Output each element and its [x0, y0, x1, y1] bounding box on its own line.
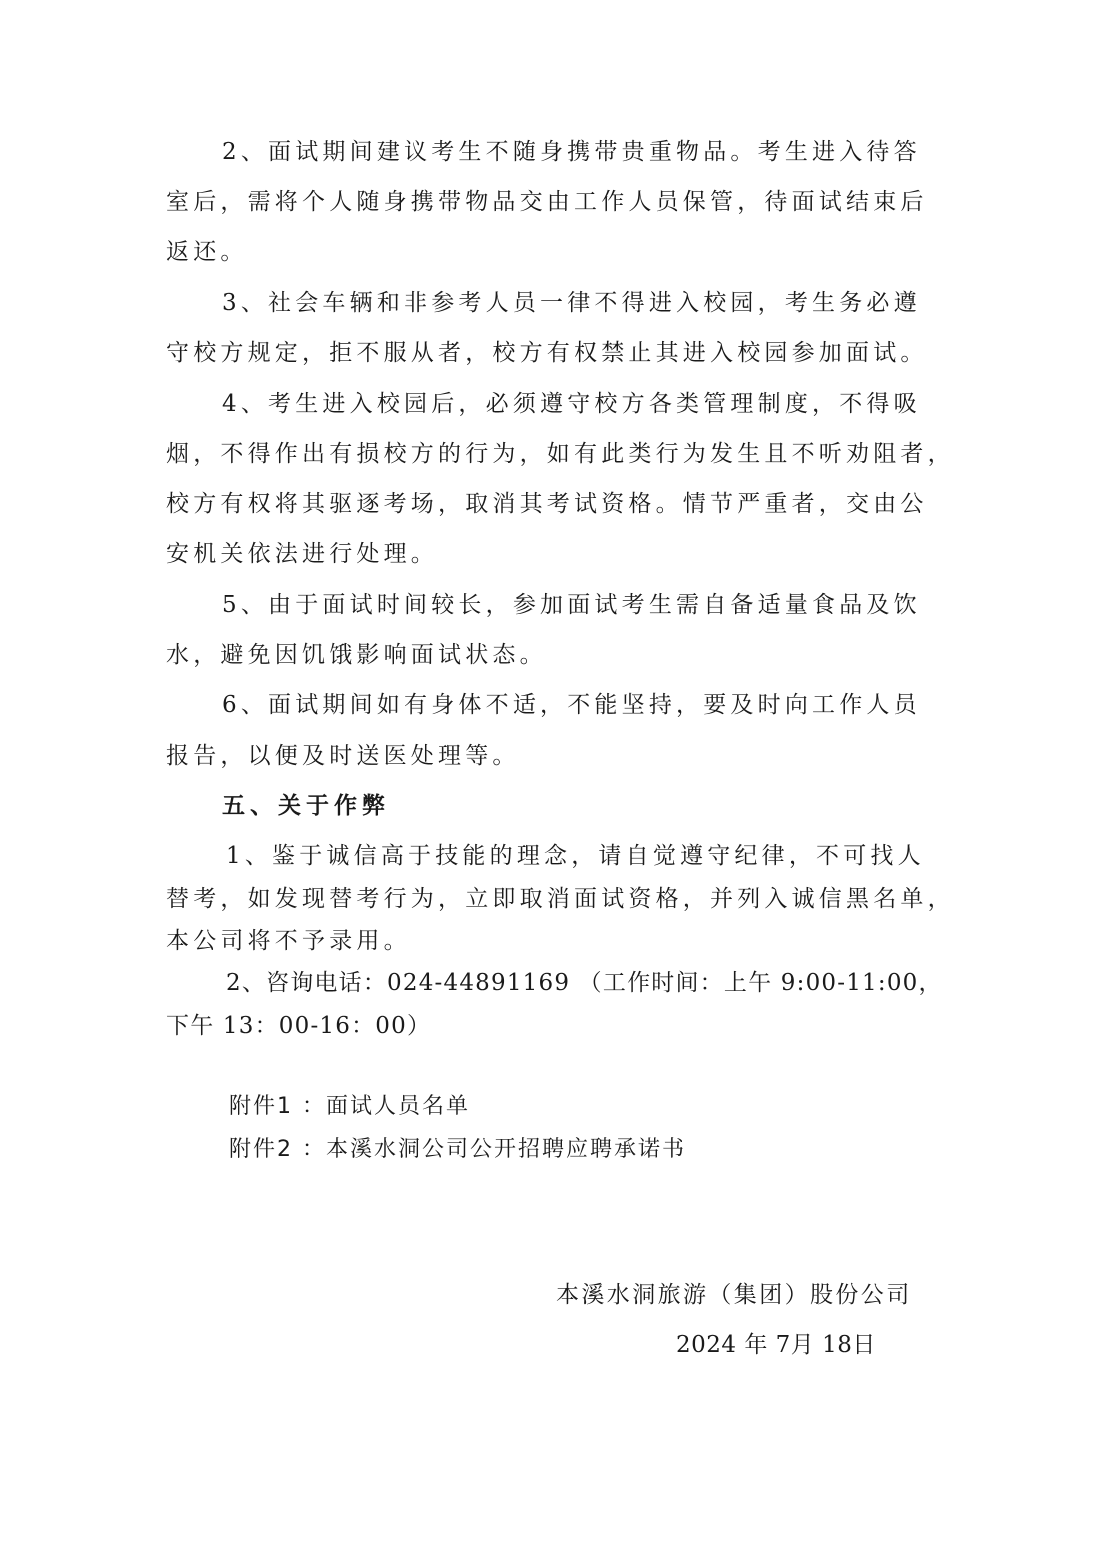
paragraph-line: 4、考生进入校园后，必须遵守校方各类管理制度，不得吸 [222, 389, 921, 419]
paragraph-line: 报告，以便及时送医处理等。 [166, 741, 520, 771]
paragraph-line: 室后，需将个人随身携带物品交由工作人员保管，待面试结束后 [166, 187, 928, 217]
paragraph-line: 返还。 [166, 237, 248, 267]
contact-phone-line: 2、咨询电话：024-44891169 （工作时间：上午 9:00-11:00， [226, 968, 943, 998]
paragraph-line: 守校方规定，拒不服从者，校方有权禁止其进入校园参加面试。 [166, 338, 928, 368]
paragraph-line: 烟，不得作出有损校方的行为，如有此类行为发生且不听劝阻者， [166, 439, 955, 469]
attachment-2: 附件2 ：本溪水洞公司公开招聘应聘承诺书 [229, 1135, 686, 1165]
paragraph-line: 校方有权将其驱逐考场，取消其考试资格。情节严重者，交由公 [166, 489, 928, 519]
signature-date: 2024 年 7月 18日 [676, 1330, 876, 1360]
signature-organization: 本溪水洞旅游（集团）股份公司 [556, 1280, 912, 1310]
paragraph-line: 6、面试期间如有身体不适，不能坚持，要及时向工作人员 [222, 690, 921, 720]
working-hours-line: 下午 13：00-16：00） [166, 1011, 431, 1041]
paragraph-line: 水，避免因饥饿影响面试状态。 [166, 640, 547, 670]
paragraph-line: 2、面试期间建议考生不随身携带贵重物品。考生进入待答 [222, 137, 921, 167]
paragraph-line: 替考，如发现替考行为，立即取消面试资格，并列入诚信黑名单， [166, 884, 955, 914]
paragraph-line: 本公司将不予录用。 [166, 926, 411, 956]
paragraph-line: 1、鉴于诚信高于技能的理念，请自觉遵守纪律，不可找人 [226, 841, 925, 871]
paragraph-line: 3、社会车辆和非参考人员一律不得进入校园，考生务必遵 [222, 288, 921, 318]
paragraph-line: 5、由于面试时间较长，参加面试考生需自备适量食品及饮 [222, 590, 921, 620]
section-heading: 五、关于作弊 [222, 791, 390, 821]
attachment-1: 附件1 ：面试人员名单 [229, 1092, 470, 1122]
paragraph-line: 安机关依法进行处理。 [166, 539, 438, 569]
